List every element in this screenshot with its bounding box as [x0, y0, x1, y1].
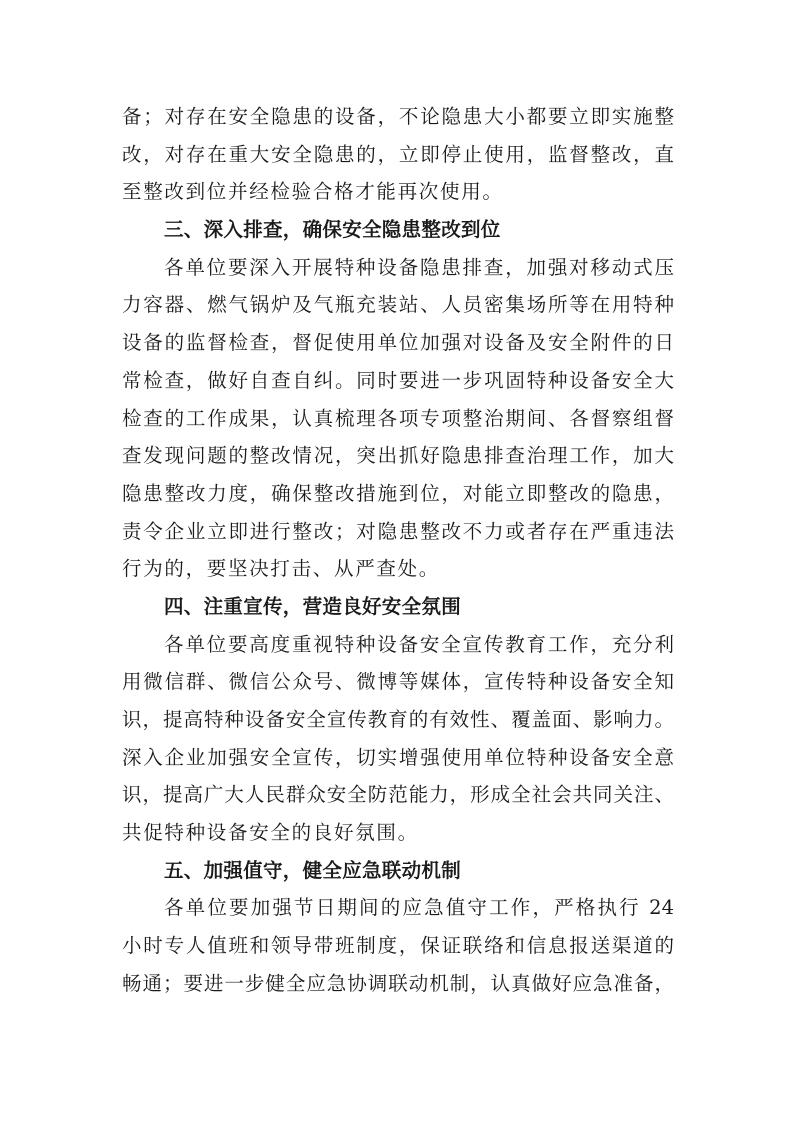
text-line: 检查的工作成果，认真梳理各项专项整治期间、各督察组督 [122, 400, 674, 438]
text-line: 畅通；要进一步健全应急协调联动机制，认真做好应急准备， [122, 965, 674, 1003]
paragraph-section-5: 各单位要加强节日期间的应急值守工作，严格执行 24 小时专人值班和领导带班制度，… [122, 889, 674, 1002]
text-line: 设备的监督检查，督促使用单位加强对设备及安全附件的日 [122, 324, 674, 362]
text-line: 各单位要加强节日期间的应急值守工作，严格执行 24 [122, 889, 674, 927]
paragraph-continued: 备；对存在安全隐患的设备，不论隐患大小都要立即实施整 改，对存在重大安全隐患的，… [122, 98, 674, 211]
section-heading-4: 四、注重宣传，营造良好安全氛围 [122, 588, 674, 626]
text-line: 责令企业立即进行整改；对隐患整改不力或者存在严重违法 [122, 513, 674, 551]
text-line: 至整改到位并经检验合格才能再次使用。 [122, 173, 674, 211]
text-line: 识，提高特种设备安全宣传教育的有效性、覆盖面、影响力。 [122, 701, 674, 739]
text-line: 隐患整改力度，确保整改措施到位，对能立即整改的隐患， [122, 475, 674, 513]
document-page: 备；对存在安全隐患的设备，不论隐患大小都要立即实施整 改，对存在重大安全隐患的，… [122, 98, 674, 1003]
section-heading-5: 五、加强值守，健全应急联动机制 [122, 852, 674, 890]
section-heading-3: 三、深入排查，确保安全隐患整改到位 [122, 211, 674, 249]
text-line: 力容器、燃气锅炉及气瓶充装站、人员密集场所等在用特种 [122, 286, 674, 324]
text-line: 各单位要深入开展特种设备隐患排查，加强对移动式压 [122, 249, 674, 287]
text-line: 备；对存在安全隐患的设备，不论隐患大小都要立即实施整 [122, 98, 674, 136]
text-line: 用微信群、微信公众号、微博等媒体，宣传特种设备安全知 [122, 663, 674, 701]
text-line: 查发现问题的整改情况，突出抓好隐患排查治理工作，加大 [122, 437, 674, 475]
text-line: 各单位要高度重视特种设备安全宣传教育工作，充分利 [122, 626, 674, 664]
paragraph-section-4: 各单位要高度重视特种设备安全宣传教育工作，充分利 用微信群、微信公众号、微博等媒… [122, 626, 674, 852]
text-line: 改，对存在重大安全隐患的，立即停止使用，监督整改，直 [122, 136, 674, 174]
text-line: 识，提高广大人民群众安全防范能力，形成全社会共同关注、 [122, 776, 674, 814]
text-line: 常检查，做好自查自纠。同时要进一步巩固特种设备安全大 [122, 362, 674, 400]
text-line: 小时专人值班和领导带班制度，保证联络和信息报送渠道的 [122, 927, 674, 965]
text-line: 行为的，要坚决打击、从严查处。 [122, 550, 674, 588]
text-line: 深入企业加强安全宣传，切实增强使用单位特种设备安全意 [122, 739, 674, 777]
text-line: 共促特种设备安全的良好氛围。 [122, 814, 674, 852]
paragraph-section-3: 各单位要深入开展特种设备隐患排查，加强对移动式压 力容器、燃气锅炉及气瓶充装站、… [122, 249, 674, 588]
